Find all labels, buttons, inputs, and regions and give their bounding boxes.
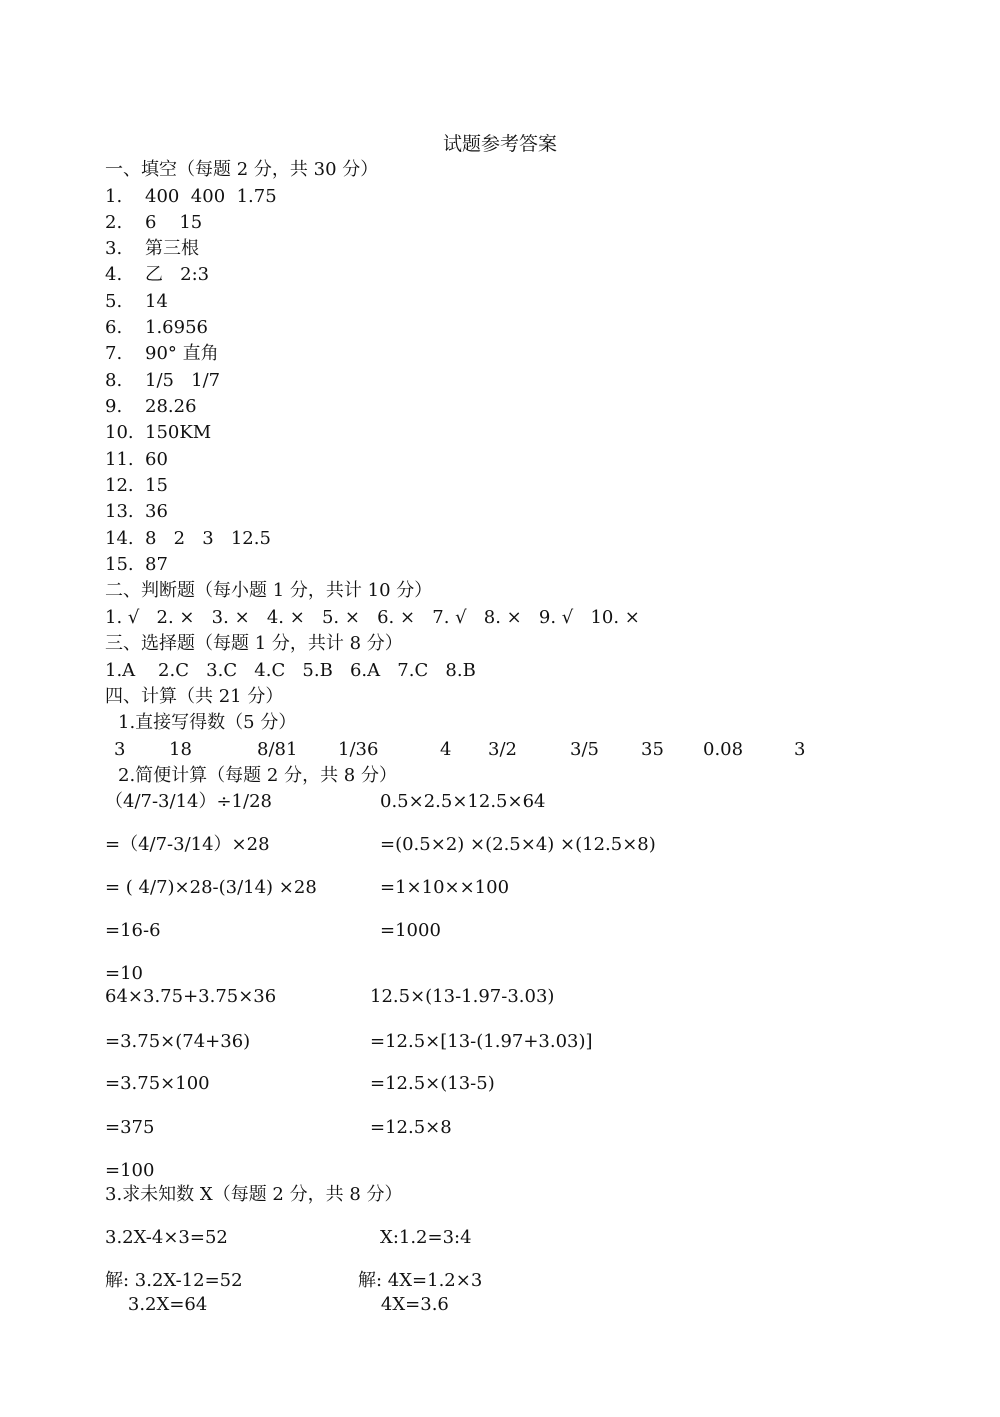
calc-step: =12.5×8 xyxy=(370,1117,452,1139)
list-item: 12.15 xyxy=(105,475,168,497)
part1-heading: 1.直接写得数（5 分） xyxy=(118,712,296,734)
answer-value: 3 xyxy=(794,739,805,761)
list-item: 2.6 15 xyxy=(105,212,202,234)
answer-value: 3 xyxy=(114,739,125,761)
true-false-answers: 1. √ 2. × 3. × 4. × 5. × 6. × 7. √ 8. × … xyxy=(105,607,640,629)
section4-heading: 四、计算（共 21 分） xyxy=(105,686,283,708)
calc-step: = ( 4/7)×28-(3/14) ×28 xyxy=(105,877,317,899)
list-item: 8.1/5 1/7 xyxy=(105,370,220,392)
calc-step: （4/7-3/14）÷1/28 xyxy=(105,791,272,813)
list-item: 14.8 2 3 12.5 xyxy=(105,528,271,550)
calc-step: =(0.5×2) ×(2.5×4) ×(12.5×8) xyxy=(380,834,656,856)
calc-step: =（4/7-3/14）×28 xyxy=(105,834,270,856)
calc-step: =12.5×[13-(1.97+3.03)] xyxy=(370,1031,593,1053)
list-item: 1.400 400 1.75 xyxy=(105,186,277,208)
list-item: 10.150KM xyxy=(105,422,211,444)
page-title: 试题参考答案 xyxy=(443,133,557,155)
equation-step: 4X=3.6 xyxy=(358,1294,449,1316)
calc-step: =12.5×(13-5) xyxy=(370,1073,495,1095)
list-item: 6.1.6956 xyxy=(105,317,208,339)
part3-heading: 3.求未知数 X（每题 2 分，共 8 分） xyxy=(105,1184,403,1206)
calc-step: 12.5×(13-1.97-3.03) xyxy=(370,986,554,1008)
list-item: 13.36 xyxy=(105,501,168,523)
list-item: 9.28.26 xyxy=(105,396,197,418)
calc-step: =100 xyxy=(105,1160,154,1182)
section1-heading: 一、填空（每题 2 分，共 30 分） xyxy=(105,159,378,181)
calc-step: =3.75×100 xyxy=(105,1073,210,1095)
section3-heading: 三、选择题（每题 1 分，共计 8 分） xyxy=(105,633,403,655)
answer-value: 1/36 xyxy=(338,739,378,761)
part2-heading: 2.简便计算（每题 2 分，共 8 分） xyxy=(118,765,397,787)
choice-answers: 1.A 2.C 3.C 4.C 5.B 6.A 7.C 8.B xyxy=(105,660,476,682)
calc-step: 64×3.75+3.75×36 xyxy=(105,986,276,1008)
calc-step: =375 xyxy=(105,1117,154,1139)
answer-value: 0.08 xyxy=(703,739,743,761)
list-item: 11.60 xyxy=(105,449,168,471)
equation-step: X:1.2=3:4 xyxy=(380,1227,472,1249)
answer-value: 35 xyxy=(641,739,664,761)
equation-step: 解: 4X=1.2×3 xyxy=(358,1270,482,1292)
calc-step: =16-6 xyxy=(105,920,161,942)
equation-step: 3.2X-4×3=52 xyxy=(105,1227,228,1249)
answer-value: 3/2 xyxy=(488,739,517,761)
answer-key-page: 试题参考答案 一、填空（每题 2 分，共 30 分） 1.400 400 1.7… xyxy=(0,0,1000,1417)
calc-step: =1000 xyxy=(380,920,441,942)
calc-step: 0.5×2.5×12.5×64 xyxy=(380,791,545,813)
answer-value: 4 xyxy=(440,739,451,761)
section2-heading: 二、判断题（每小题 1 分，共计 10 分） xyxy=(105,580,432,602)
list-item: 4.乙 2:3 xyxy=(105,264,209,286)
answer-value: 18 xyxy=(169,739,192,761)
answer-value: 8/81 xyxy=(257,739,297,761)
calc-step: =3.75×(74+36) xyxy=(105,1031,250,1053)
calc-step: =10 xyxy=(105,963,143,985)
equation-step: 解: 3.2X-12=52 xyxy=(105,1270,243,1292)
list-item: 5.14 xyxy=(105,291,168,313)
list-item: 3.第三根 xyxy=(105,238,199,260)
list-item: 15.87 xyxy=(105,554,168,576)
answer-value: 3/5 xyxy=(570,739,599,761)
calc-step: =1×10××100 xyxy=(380,877,509,899)
list-item: 7.90° 直角 xyxy=(105,343,219,365)
equation-step: 3.2X=64 xyxy=(105,1294,207,1316)
